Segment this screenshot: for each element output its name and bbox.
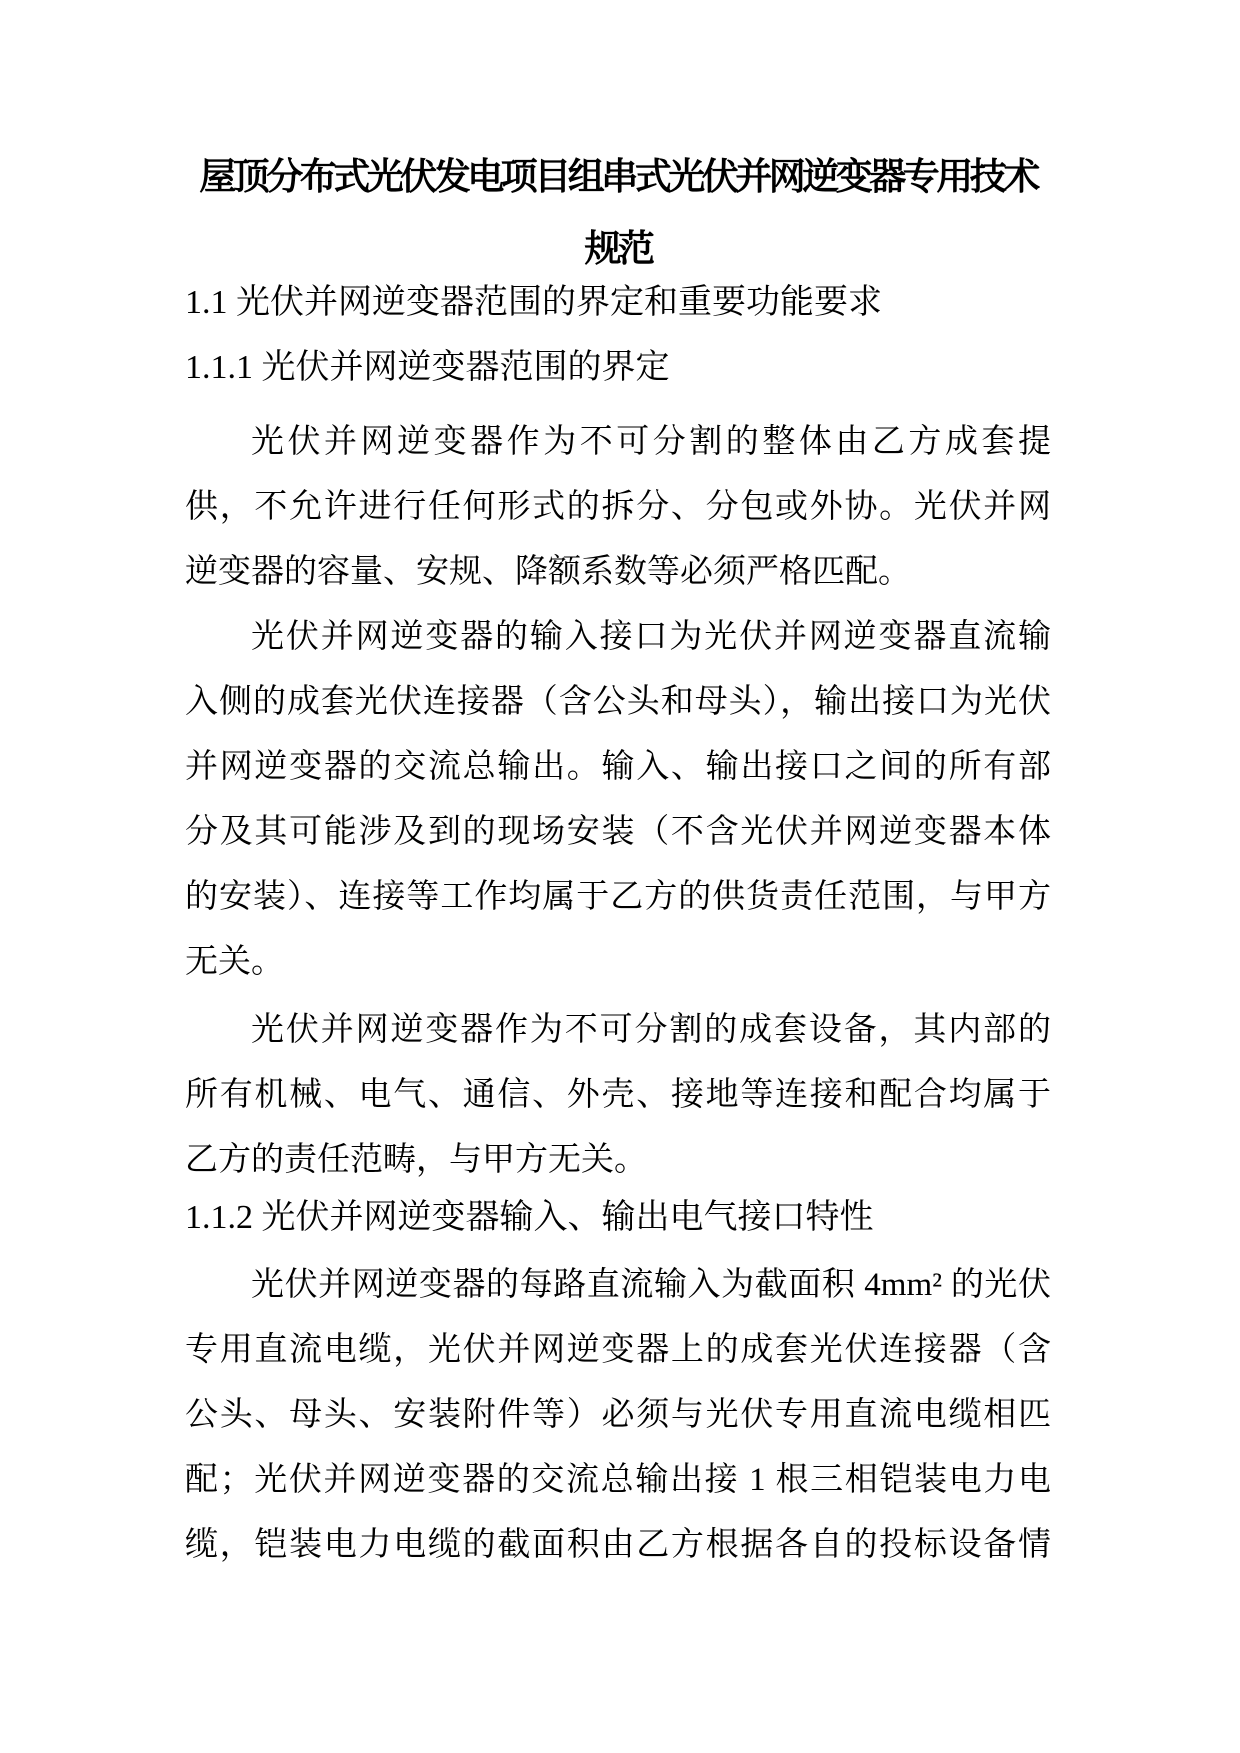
paragraph-line: 配；光伏并网逆变器的交流总输出接 1 根三相铠装电力电 [185,1448,1051,1513]
paragraph-line: 无关。 [185,930,1051,995]
section-heading-1-1: 1.1 光伏并网逆变器范围的界定和重要功能要求 [185,270,1051,335]
paragraph-line: 并网逆变器的交流总输出。输入、输出接口之间的所有部 [185,735,1051,800]
section-heading-1-1-2: 1.1.2 光伏并网逆变器输入、输出电气接口特性 [185,1185,1051,1250]
paragraph-line: 入侧的成套光伏连接器（含公头和母头），输出接口为光伏 [185,670,1051,735]
paragraph-line: 缆，铠装电力电缆的截面积由乙方根据各自的投标设备情 [185,1513,1051,1578]
paragraph-line: 乙方的责任范畴，与甲方无关。 [185,1128,1051,1193]
paragraph-line: 专用直流电缆，光伏并网逆变器上的成套光伏连接器（含 [185,1318,1051,1383]
paragraph-line: 分及其可能涉及到的现场安装（不含光伏并网逆变器本体 [185,800,1051,865]
paragraph-line: 光伏并网逆变器的每路直流输入为截面积 4mm² 的光伏 [185,1253,1051,1318]
paragraph-line: 供，不允许进行任何形式的拆分、分包或外协。光伏并网 [185,475,1051,540]
document-title: 屋顶分布式光伏发电项目组串式光伏并网逆变器专用技术 规范 [185,142,1051,286]
document-page: 屋顶分布式光伏发电项目组串式光伏并网逆变器专用技术 规范 1.1 光伏并网逆变器… [0,0,1240,1753]
paragraph-line: 所有机械、电气、通信、外壳、接地等连接和配合均属于 [185,1063,1051,1128]
paragraph: 光伏并网逆变器作为不可分割的整体由乙方成套提 供，不允许进行任何形式的拆分、分包… [185,410,1051,605]
paragraph-line: 光伏并网逆变器作为不可分割的成套设备，其内部的 [185,998,1051,1063]
paragraph-line: 光伏并网逆变器作为不可分割的整体由乙方成套提 [185,410,1051,475]
document-title-line: 屋顶分布式光伏发电项目组串式光伏并网逆变器专用技术 [185,142,1051,214]
paragraph-line: 的安装）、连接等工作均属于乙方的供货责任范围，与甲方 [185,865,1051,930]
paragraph: 光伏并网逆变器的输入接口为光伏并网逆变器直流输 入侧的成套光伏连接器（含公头和母… [185,605,1051,995]
paragraph-line: 逆变器的容量、安规、降额系数等必须严格匹配。 [185,540,1051,605]
paragraph-line: 公头、母头、安装附件等）必须与光伏专用直流电缆相匹 [185,1383,1051,1448]
paragraph-line: 光伏并网逆变器的输入接口为光伏并网逆变器直流输 [185,605,1051,670]
paragraph: 光伏并网逆变器的每路直流输入为截面积 4mm² 的光伏 专用直流电缆，光伏并网逆… [185,1253,1051,1578]
paragraph: 光伏并网逆变器作为不可分割的成套设备，其内部的 所有机械、电气、通信、外壳、接地… [185,998,1051,1193]
section-heading-1-1-1: 1.1.1 光伏并网逆变器范围的界定 [185,335,1051,400]
